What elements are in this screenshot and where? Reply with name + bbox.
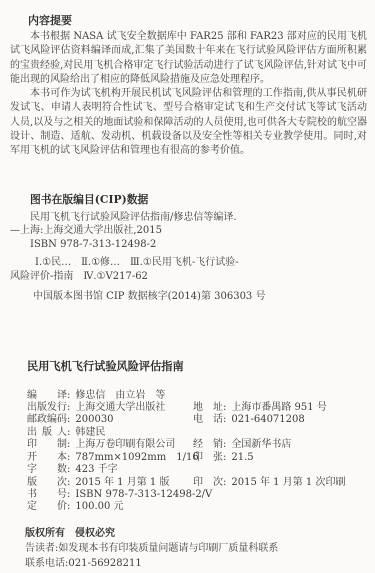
cip-classification-line-1: Ⅰ.①民… Ⅱ.①修… Ⅲ.①民用飞机-飞行试验- [35, 256, 367, 270]
field-value: 2015 年 1 月第 1 版 [75, 477, 169, 489]
field-separator: : [223, 439, 226, 451]
field-separator: : [223, 477, 226, 489]
cip-record-number-line: 中国版本图书馆 CIP 数据核字(2014)第 306303 号 [33, 290, 367, 304]
contact-phone: 联系电话:021-56928211 [25, 556, 367, 571]
reader-notice: 告读者:如发现本书有印装质量问题请与印刷厂质量科联系 [25, 541, 367, 556]
field-value: 上海交通大学出版社 [75, 402, 165, 414]
field-separator: : [67, 402, 70, 414]
field-label: 经销 [193, 439, 223, 451]
field-separator: : [67, 452, 70, 464]
colophon-row-price: 定价: 100.00 元 [27, 501, 367, 513]
cip-title-line: 民用飞机飞行试验风险评估指南/修忠信等编译. [30, 211, 367, 225]
field-value: 上海市番禺路 951 号 [231, 402, 326, 414]
cip-publisher-line: —上海:上海交通大学出版社,2015 [10, 224, 367, 238]
cip-heading: 图书在版编目(CIP)数据 [30, 192, 367, 207]
colophon-row-publisher: 出版发行: 上海交通大学出版社 地址: 上海市番禺路 951 号 [27, 402, 367, 414]
colophon-row-wordcount: 字数: 423 千字 [27, 464, 367, 476]
field-separator: : [67, 489, 70, 501]
copyright-rights-statement: 版权所有 侵权必究 [25, 526, 367, 541]
field-label: 出版人 [27, 427, 67, 439]
copyright-footer: 版权所有 侵权必究 告读者:如发现本书有印装质量问题请与印刷厂质量科联系 联系电… [25, 526, 367, 572]
field-label: 印次 [193, 477, 223, 489]
colophon-row-book-number: 书号: ISBN 978-7-313-12498-2/V [27, 489, 367, 501]
field-label: 地址 [193, 402, 223, 414]
cip-classification-line-2: 风险评价-指南 Ⅳ.①V217-62 [10, 270, 367, 284]
field-value: 21.5 [231, 452, 253, 464]
field-separator: : [67, 464, 70, 476]
field-separator: : [223, 414, 226, 426]
colophon-row-postcode: 邮政编码: 200030 电话: 021-64071208 [27, 414, 367, 426]
colophon-row-format: 开本: 787mm×1092mm 1/16 印张: 21.5 [27, 452, 367, 464]
field-label: 版次 [27, 477, 67, 489]
summary-paragraph-2: 本书可作为试飞机构开展民机试飞风险评估和管理的工作指南,供从事民机研发试飞、申请… [10, 87, 367, 158]
field-label: 印制 [27, 439, 67, 451]
field-label: 印张 [193, 452, 223, 464]
field-separator: : [67, 427, 70, 439]
field-label: 定价 [27, 501, 67, 513]
field-value: 021-64071208 [231, 414, 304, 426]
summary-paragraph-1: 本书根据 NASA 试飞安全数据库中 FAR25 部和 FAR23 部对应的民用… [10, 30, 367, 87]
field-separator: : [223, 402, 226, 414]
colophon-row-publisher-person: 出版人: 韩建民 [27, 427, 367, 439]
field-value: 全国新华书店 [231, 439, 291, 451]
field-separator: : [67, 439, 70, 451]
field-value: 2015 年 1 月第 1 次印刷 [231, 477, 345, 489]
field-value: 100.00 元 [75, 501, 123, 513]
field-label: 开本 [27, 452, 67, 464]
colophon-row-translator: 编译: 修忠信 由立岩 等 [27, 390, 367, 402]
summary-heading: 内容提要 [28, 12, 367, 28]
field-value: ISBN 978-7-313-12498-2/V [75, 489, 212, 501]
colophon-row-printer: 印制: 上海万卷印刷有限公司 经销: 全国新华书店 [27, 439, 367, 451]
field-value: 787mm×1092mm 1/16 [75, 452, 198, 464]
content-summary-section: 内容提要 本书根据 NASA 试飞安全数据库中 FAR25 部和 FAR23 部… [10, 12, 367, 159]
field-separator: : [223, 452, 226, 464]
field-label: 编译 [27, 390, 67, 402]
cip-isbn-line: ISBN 978-7-313-12498-2 [30, 238, 367, 252]
field-separator: : [67, 414, 70, 426]
field-separator: : [67, 477, 70, 489]
field-value: 200030 [75, 414, 113, 426]
field-value: 上海万卷印刷有限公司 [75, 439, 175, 451]
field-value: 韩建民 [75, 427, 105, 439]
field-label: 出版发行 [27, 402, 67, 414]
field-value: 修忠信 由立岩 等 [75, 390, 165, 402]
field-label: 书号 [27, 489, 67, 501]
book-copyright-page: 内容提要 本书根据 NASA 试飞安全数据库中 FAR25 部和 FAR23 部… [0, 0, 375, 573]
field-separator: : [67, 390, 70, 402]
field-value: 423 千字 [75, 464, 117, 476]
field-separator: : [67, 501, 70, 513]
field-label: 邮政编码 [27, 414, 67, 426]
field-label: 字数 [27, 464, 67, 476]
cip-data-block: 图书在版编目(CIP)数据 民用飞机飞行试验风险评估指南/修忠信等编译. —上海… [30, 192, 367, 304]
colophon-table: 编译: 修忠信 由立岩 等 出版发行: 上海交通大学出版社 地址: 上海市番禺路… [27, 390, 367, 514]
colophon-row-edition: 版次: 2015 年 1 月第 1 版 印次: 2015 年 1 月第 1 次印… [27, 477, 367, 489]
field-label: 电话 [193, 414, 223, 426]
book-title: 民用飞机飞行试验风险评估指南 [27, 359, 367, 373]
